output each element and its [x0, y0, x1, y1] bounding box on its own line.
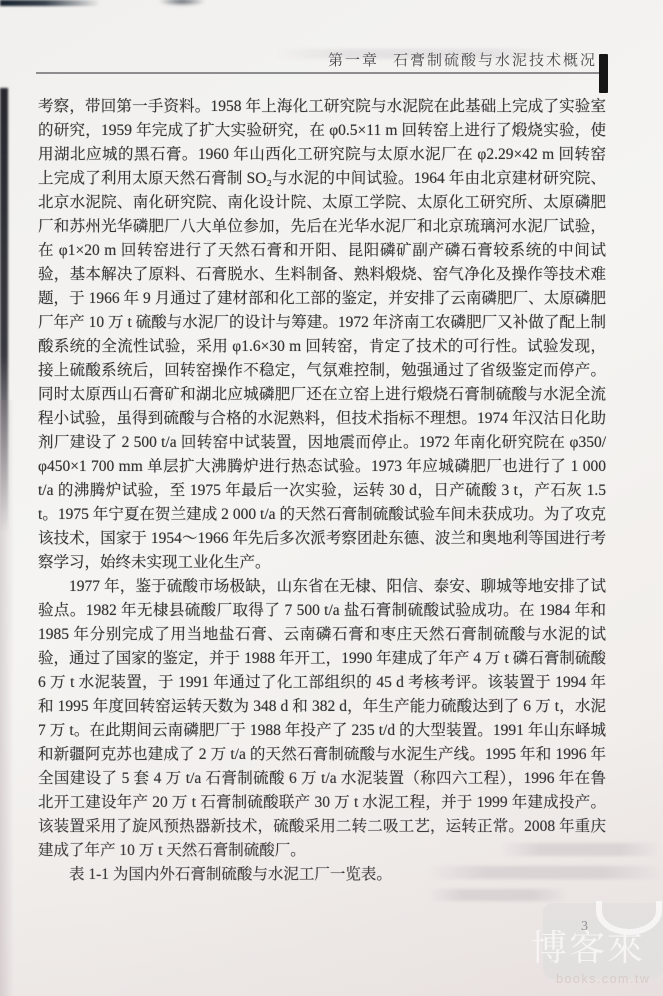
page-number: 3	[581, 919, 588, 935]
watermark-logo-text: 博客來	[531, 928, 663, 968]
scan-edge-top	[0, 0, 100, 6]
watermark-site-url: books.com.tw	[556, 972, 650, 986]
header-black-tick	[599, 54, 608, 93]
header-rule	[36, 72, 606, 74]
scan-edge-left-soft	[0, 400, 14, 996]
bleed-through-smudge	[428, 889, 568, 901]
scan-smudge-top	[158, 0, 206, 6]
chapter-title: 石膏制硫酸与水泥技术概况	[393, 53, 597, 69]
chapter-label: 第一章	[328, 53, 379, 69]
bleed-through-smudge	[428, 866, 663, 879]
page-body-text: 考察，带回第一手资料。1958 年上海化工研究院与水泥院在此基础上完成了实验室的…	[38, 95, 606, 887]
running-header: 第一章石膏制硫酸与水泥技术概况	[328, 49, 597, 70]
paragraph: 1977 年，鉴于硫酸市场极缺，山东省在无棣、阳信、泰安、聊城等地安排了试验点。…	[38, 575, 606, 863]
bleed-through-smudge	[500, 843, 660, 856]
paragraph-continuation: 考察，带回第一手资料。1958 年上海化工研究院与水泥院在此基础上完成了实验室的…	[38, 95, 606, 575]
scanned-book-page: 第一章石膏制硫酸与水泥技术概况 考察，带回第一手资料。1958 年上海化工研究院…	[0, 0, 663, 996]
